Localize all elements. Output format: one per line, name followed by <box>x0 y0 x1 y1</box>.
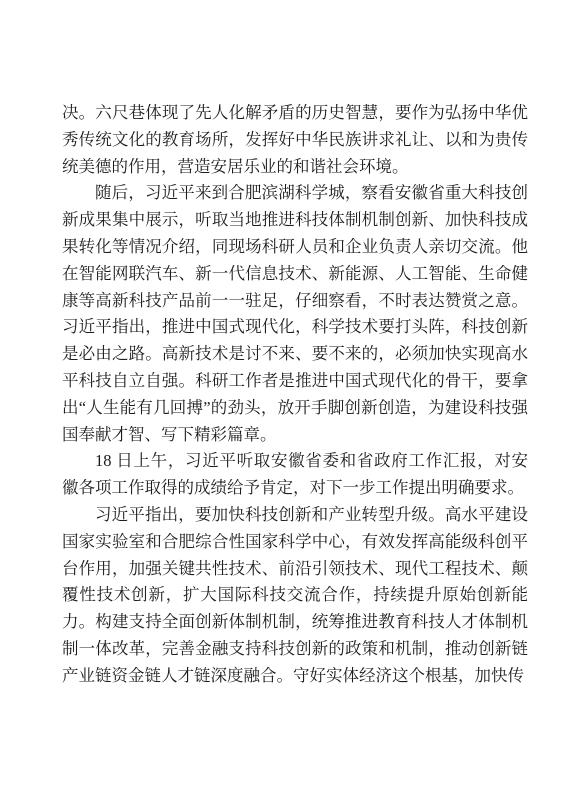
paragraph: 决。六尺巷体现了先人化解矛盾的历史智慧，要作为弘扬中华优秀传统文化的教育场所，发… <box>62 100 528 180</box>
paragraph: 18 日上午，习近平听取安徽省委和省政府工作汇报，对安徽各项工作取得的成绩给予肯… <box>62 448 528 502</box>
document-page: 决。六尺巷体现了先人化解矛盾的历史智慧，要作为弘扬中华优秀传统文化的教育场所，发… <box>0 0 570 807</box>
paragraph: 习近平指出，要加快科技创新和产业转型升级。高水平建设国家实验室和合肥综合性国家科… <box>62 502 528 690</box>
paragraph: 随后，习近平来到合肥滨湖科学城，察看安徽省重大科技创新成果集中展示，听取当地推进… <box>62 180 528 448</box>
document-text-block: 决。六尺巷体现了先人化解矛盾的历史智慧，要作为弘扬中华优秀传统文化的教育场所，发… <box>62 100 528 690</box>
